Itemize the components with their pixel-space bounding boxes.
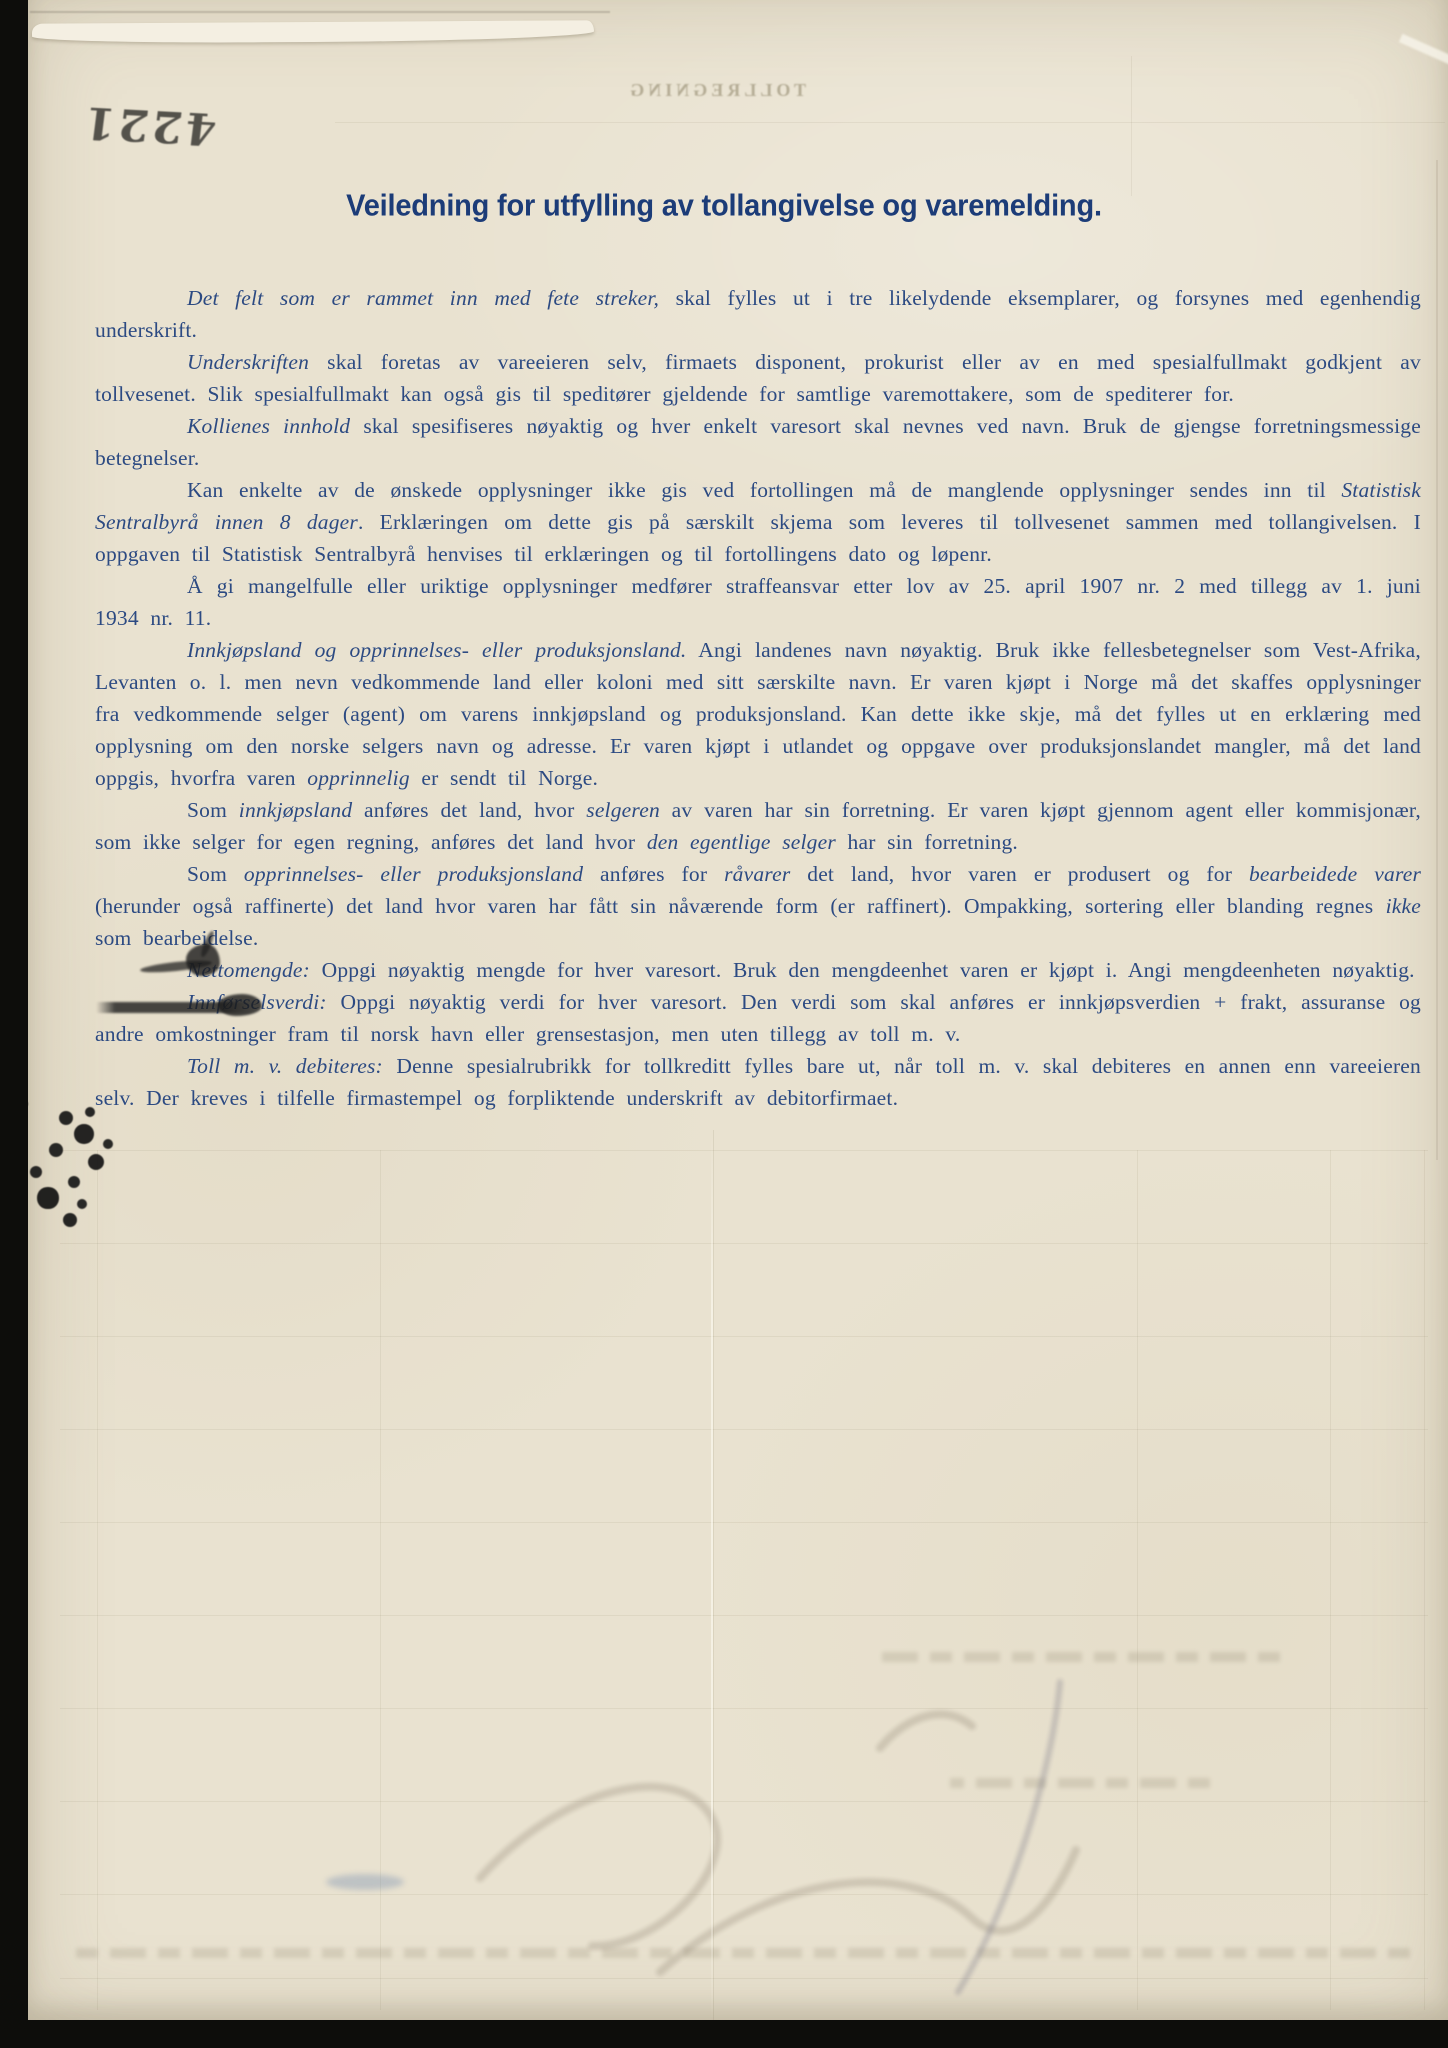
text-segment: Kollienes innhold	[187, 414, 350, 438]
showthrough-header-text: TOLLREGNING	[606, 80, 806, 101]
instructions-text: Det felt som er rammet inn med fete stre…	[95, 282, 1421, 1114]
text-segment: bearbeidede varer	[1249, 862, 1421, 886]
text-segment: Som	[187, 798, 239, 822]
text-segment: Innførselsverdi:	[187, 990, 327, 1014]
paper-edge-line	[1436, 160, 1438, 1160]
paragraph-signature: Underskriften skal foretas av vareeieren…	[95, 346, 1421, 410]
paragraph-import-value: Innførselsverdi: Oppgi nøyaktig verdi fo…	[95, 986, 1421, 1050]
paragraph-country-of-origin: Innkjøpsland og opprinnelses- eller prod…	[95, 634, 1421, 794]
paragraph-package-contents: Kollienes innhold skal spesifiseres nøya…	[95, 410, 1421, 474]
text-segment: Det felt som er rammet inn med fete stre…	[187, 286, 659, 310]
paragraph-net-quantity: Nettomengde: Oppgi nøyaktig mengde for h…	[95, 954, 1421, 986]
scan-border-bottom	[0, 2020, 1448, 2048]
paragraph-framed-fields: Det felt som er rammet inn med fete stre…	[95, 282, 1421, 346]
paragraph-purchase-country: Som innkjøpsland anføres det land, hvor …	[95, 794, 1421, 858]
scanned-document: TOLLREGNING 4221 Veiledning for utfyllin…	[0, 0, 1448, 2048]
text-segment: anføres for	[583, 862, 724, 886]
text-segment: er sendt til Norge.	[410, 766, 598, 790]
text-segment: anføres det land, hvor	[352, 798, 586, 822]
text-segment: den egentlige selger	[647, 830, 836, 854]
text-segment: Kan enkelte av de ønskede opplysninger i…	[187, 478, 1341, 502]
text-segment: Å gi mangelfulle eller uriktige opplysni…	[95, 574, 1421, 630]
text-segment: innkjøpsland	[239, 798, 352, 822]
paragraph-penalty: Å gi mangelfulle eller uriktige opplysni…	[95, 570, 1421, 634]
text-segment: opprinnelig	[307, 766, 410, 790]
text-segment: Underskriften	[187, 350, 309, 374]
page-title: Veiledning for utfylling av tollangivels…	[0, 189, 1448, 224]
signature-showthrough	[360, 1620, 1140, 2040]
text-segment: (herunder også raffinerte) det land hvor…	[95, 894, 1386, 918]
handwritten-number: 4221	[84, 96, 217, 154]
paragraph-production-country: Som opprinnelses- eller produksjonsland …	[95, 858, 1421, 954]
text-segment: råvarer	[724, 862, 790, 886]
text-segment: Oppgi nøyaktig mengde for hver varesort.…	[310, 958, 1415, 982]
paragraph-duty-debited: Toll m. v. debiteres: Denne spesialrubri…	[95, 1050, 1421, 1114]
text-segment: Som	[187, 862, 244, 886]
text-segment: selgeren	[586, 798, 660, 822]
blue-ink-smear	[326, 1874, 404, 1890]
text-segment: Nettomengde:	[187, 958, 310, 982]
fold-crease	[713, 1130, 714, 2020]
text-segment: Toll m. v. debiteres:	[187, 1054, 383, 1078]
paragraph-missing-info: Kan enkelte av de ønskede opplysninger i…	[95, 474, 1421, 570]
text-segment: har sin forretning.	[836, 830, 1018, 854]
text-segment: som bearbeidelse.	[95, 926, 258, 950]
text-segment: det land, hvor varen er produsert og for	[790, 862, 1249, 886]
scan-border-left	[0, 0, 28, 2048]
text-segment: ikke	[1386, 894, 1421, 918]
top-edge-line	[30, 11, 610, 13]
text-segment: Innkjøpsland og opprinnelses- eller prod…	[187, 638, 687, 662]
text-segment: opprinnelses- eller produksjonsland	[244, 862, 583, 886]
